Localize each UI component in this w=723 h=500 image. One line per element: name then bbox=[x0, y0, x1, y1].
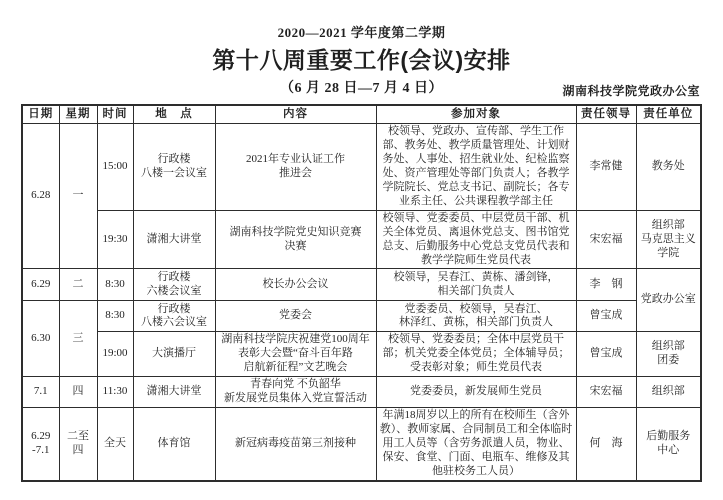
cell-place: 潇湘大讲堂 bbox=[133, 377, 215, 408]
cell-content: 湖南科技学院庆祝建党100周年 表彰大会暨“奋斗百年路 启航新征程”文艺晚会 bbox=[215, 332, 376, 377]
cell-leader: 曾宝成 bbox=[576, 332, 636, 377]
cell-time: 8:30 bbox=[97, 301, 133, 332]
table-row: 19:00 大演播厅 湖南科技学院庆祝建党100周年 表彰大会暨“奋斗百年路 启… bbox=[22, 332, 701, 377]
header-unit: 责任单位 bbox=[636, 105, 701, 123]
cell-week: 一 bbox=[59, 123, 97, 269]
cell-week: 四 bbox=[59, 377, 97, 408]
cell-place: 体育馆 bbox=[133, 408, 215, 481]
cell-content: 新冠病毒疫苗第三剂接种 bbox=[215, 408, 376, 481]
cell-leader: 何 海 bbox=[576, 408, 636, 481]
schedule-table: 日期 星期 时间 地 点 内容 参加对象 责任领导 责任单位 6.28 一 15… bbox=[21, 104, 702, 482]
header-time: 时间 bbox=[97, 105, 133, 123]
cell-date: 6.29 bbox=[22, 269, 59, 301]
cell-date: 6.30 bbox=[22, 301, 59, 377]
cell-week: 二 bbox=[59, 269, 97, 301]
cell-place: 行政楼 六楼会议室 bbox=[133, 269, 215, 301]
cell-leader: 宋宏福 bbox=[576, 210, 636, 269]
cell-date: 6.28 bbox=[22, 123, 59, 269]
cell-time: 8:30 bbox=[97, 269, 133, 301]
cell-place: 行政楼 八楼一会议室 bbox=[133, 123, 215, 210]
cell-place: 潇湘大讲堂 bbox=[133, 210, 215, 269]
table-row: 6.29 -7.1 二至 四 全天 体育馆 新冠病毒疫苗第三剂接种 年满18周岁… bbox=[22, 408, 701, 481]
table-row: 6.29 二 8:30 行政楼 六楼会议室 校长办公会议 校领导，吴春江、黄栋、… bbox=[22, 269, 701, 301]
document-page: 2020—2021 学年度第二学期 第十八周重要工作(会议)安排 （6 月 28… bbox=[0, 0, 723, 500]
table-row: 6.28 一 15:00 行政楼 八楼一会议室 2021年专业认证工作 推进会 … bbox=[22, 123, 701, 210]
cell-leader: 李 钢 bbox=[576, 269, 636, 301]
cell-time: 11:30 bbox=[97, 377, 133, 408]
cell-place: 大演播厅 bbox=[133, 332, 215, 377]
cell-time: 19:00 bbox=[97, 332, 133, 377]
cell-participants: 年满18周岁以上的所有在校师生（含外教）、教师家属、合同制员工和全体临时用工人员… bbox=[376, 408, 576, 481]
cell-leader: 李常健 bbox=[576, 123, 636, 210]
page-title: 第十八周重要工作(会议)安排 bbox=[0, 42, 723, 75]
cell-unit: 组织部 团委 bbox=[636, 332, 701, 377]
cell-participants: 校领导，吴春江、黄栋、潘剑锋， 相关部门负责人 bbox=[376, 269, 576, 301]
cell-content: 青春向党 不负韶华 新发展党员集体入党宣誓活动 bbox=[215, 377, 376, 408]
cell-leader: 宋宏福 bbox=[576, 377, 636, 408]
cell-place: 行政楼 八楼六会议室 bbox=[133, 301, 215, 332]
semester-title: 2020—2021 学年度第二学期 bbox=[0, 22, 723, 41]
cell-content: 党委会 bbox=[215, 301, 376, 332]
table-header-row: 日期 星期 时间 地 点 内容 参加对象 责任领导 责任单位 bbox=[22, 105, 701, 123]
header-participants: 参加对象 bbox=[376, 105, 576, 123]
table-row: 7.1 四 11:30 潇湘大讲堂 青春向党 不负韶华 新发展党员集体入党宣誓活… bbox=[22, 377, 701, 408]
cell-unit: 后勤服务 中心 bbox=[636, 408, 701, 481]
cell-time: 15:00 bbox=[97, 123, 133, 210]
cell-unit: 党政办公室 bbox=[636, 269, 701, 332]
cell-week: 二至 四 bbox=[59, 408, 97, 481]
cell-content: 湖南科技学院党史知识竞赛 决赛 bbox=[215, 210, 376, 269]
cell-participants: 校领导、党委委员；全体中层党员干部；机关党委全体党员；全体辅导员；受表彰对象；师… bbox=[376, 332, 576, 377]
cell-participants: 校领导、党委委员、中层党员干部、机关全体党员、离退休党总支、图书馆党总支、后勤服… bbox=[376, 210, 576, 269]
header-place: 地 点 bbox=[133, 105, 215, 123]
cell-unit: 教务处 bbox=[636, 123, 701, 210]
cell-participants: 党委委员、校领导，吴春江、 林泽红、黄栋，相关部门负责人 bbox=[376, 301, 576, 332]
table-row: 6.30 三 8:30 行政楼 八楼六会议室 党委会 党委委员、校领导，吴春江、… bbox=[22, 301, 701, 332]
issuer-office: 湖南科技学院党政办公室 bbox=[562, 82, 700, 99]
header-leader: 责任领导 bbox=[576, 105, 636, 123]
cell-leader: 曾宝成 bbox=[576, 301, 636, 332]
cell-unit: 组织部 bbox=[636, 377, 701, 408]
cell-time: 19:30 bbox=[97, 210, 133, 269]
cell-date: 6.29 -7.1 bbox=[22, 408, 59, 481]
header-date: 日期 bbox=[22, 105, 59, 123]
cell-participants: 校领导、党政办、宣传部、学生工作部、教务处、教学质量管理处、计划财务处、人事处、… bbox=[376, 123, 576, 210]
cell-participants: 党委委员，新发展师生党员 bbox=[376, 377, 576, 408]
cell-date: 7.1 bbox=[22, 377, 59, 408]
cell-content: 校长办公会议 bbox=[215, 269, 376, 301]
header-content: 内容 bbox=[215, 105, 376, 123]
cell-week: 三 bbox=[59, 301, 97, 377]
cell-content: 2021年专业认证工作 推进会 bbox=[215, 123, 376, 210]
cell-time: 全天 bbox=[97, 408, 133, 481]
table-row: 19:30 潇湘大讲堂 湖南科技学院党史知识竞赛 决赛 校领导、党委委员、中层党… bbox=[22, 210, 701, 269]
cell-unit: 组织部 马克思主义 学院 bbox=[636, 210, 701, 269]
header-week: 星期 bbox=[59, 105, 97, 123]
